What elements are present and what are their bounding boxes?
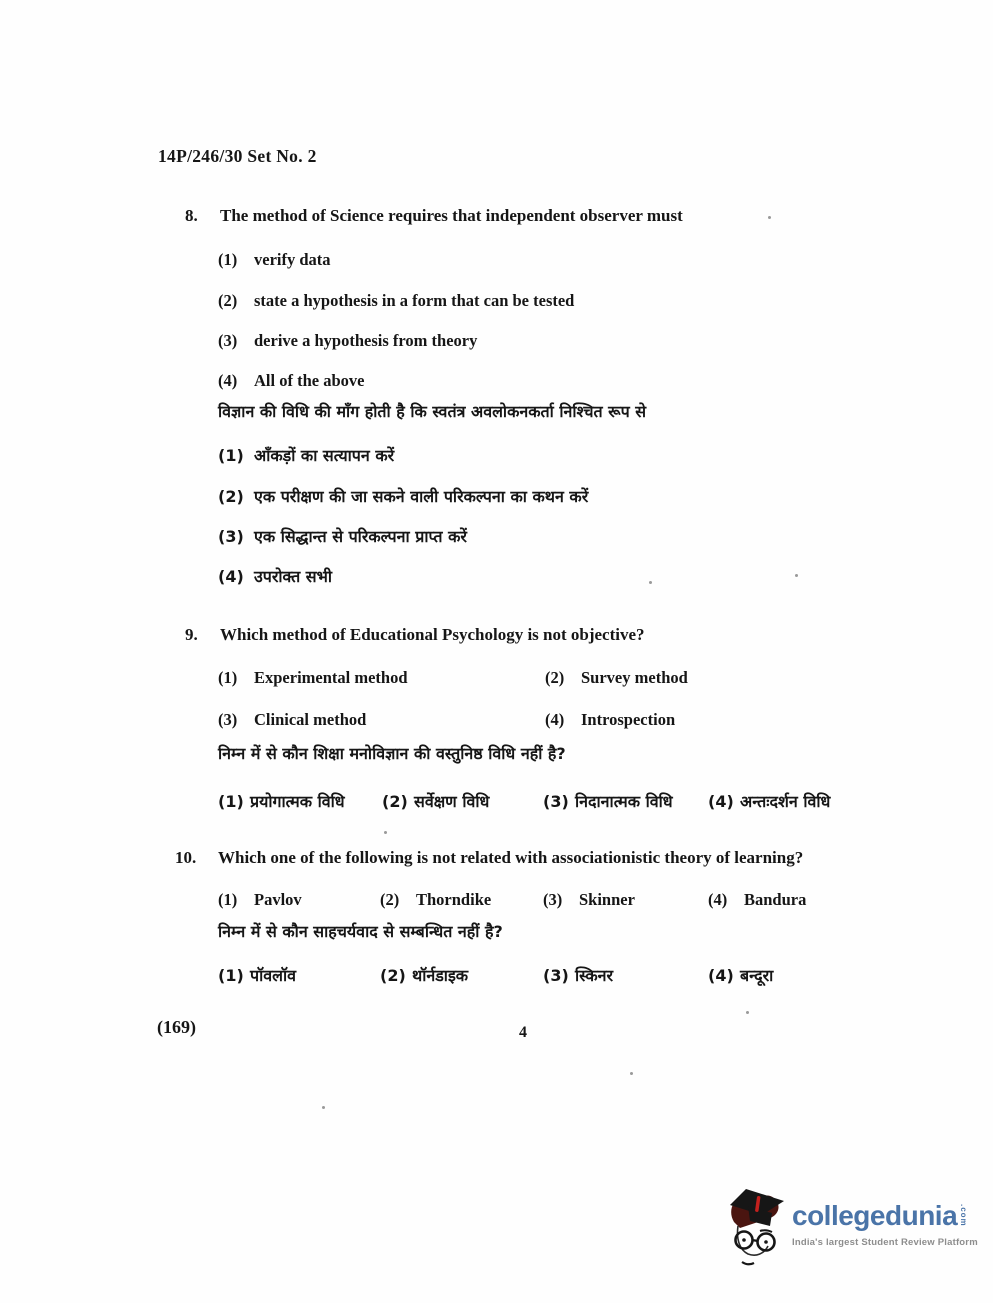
q10-option-1: (1)Pavlov bbox=[218, 890, 302, 910]
q8-option-1-hindi-text: आँकड़ों का सत्यापन करें bbox=[254, 446, 394, 465]
q8-option-3-text: derive a hypothesis from theory bbox=[254, 331, 477, 350]
q8-option-3-hindi-label: (3) bbox=[218, 527, 254, 546]
q8-option-4-label: (4) bbox=[218, 371, 254, 391]
q9-option-1-hindi: (1)प्रयोगात्मक विधि bbox=[218, 790, 345, 812]
q9-option-2: (2)Survey method bbox=[545, 668, 688, 688]
q8-option-2-text: state a hypothesis in a form that can be… bbox=[254, 291, 574, 310]
scan-speck bbox=[795, 574, 798, 577]
q10-option-1-hindi-text: पॉवलॉव bbox=[250, 966, 296, 985]
q9-option-2-hindi-label: (2) bbox=[382, 792, 414, 811]
booklet-code: (169) bbox=[157, 1017, 196, 1038]
question-10-text: Which one of the following is not relate… bbox=[218, 848, 803, 867]
q9-option-1-hindi-text: प्रयोगात्मक विधि bbox=[250, 792, 345, 811]
q9-option-3-text: Clinical method bbox=[254, 710, 366, 729]
question-9-text: Which method of Educational Psychology i… bbox=[220, 625, 645, 644]
question-9-text-hindi: निम्न में से कौन शिक्षा मनोविज्ञान की वस… bbox=[218, 742, 566, 764]
logo-tld: .com bbox=[959, 1204, 968, 1227]
q9-option-3: (3)Clinical method bbox=[218, 710, 366, 730]
q9-option-2-hindi-text: सर्वेक्षण विधि bbox=[414, 792, 489, 811]
q9-option-2-hindi: (2)सर्वेक्षण विधि bbox=[382, 790, 489, 812]
q8-option-1-label: (1) bbox=[218, 250, 254, 270]
q8-option-3-hindi-text: एक सिद्धान्त से परिकल्पना प्राप्त करें bbox=[254, 527, 467, 546]
page-number: 4 bbox=[519, 1024, 527, 1042]
q9-options-row-2: (3)Clinical method (4)Introspection bbox=[0, 710, 993, 732]
q10-option-3-hindi: (3)स्किनर bbox=[543, 964, 613, 986]
q8-option-4-hindi: (4)उपरोक्त सभी bbox=[218, 565, 332, 587]
q8-option-3-label: (3) bbox=[218, 331, 254, 351]
exam-paper-page: 14P/246/30 Set No. 2 8.The method of Sci… bbox=[0, 0, 993, 1303]
q8-option-1-text: verify data bbox=[254, 250, 331, 269]
scan-speck bbox=[630, 1072, 633, 1075]
q9-option-4: (4)Introspection bbox=[545, 710, 675, 730]
q8-option-2-hindi-label: (2) bbox=[218, 487, 254, 506]
q9-option-4-label: (4) bbox=[545, 710, 581, 730]
q8-option-4: (4)All of the above bbox=[218, 371, 364, 391]
question-8-number: 8. bbox=[185, 206, 220, 226]
q9-option-1-label: (1) bbox=[218, 668, 254, 688]
scan-speck bbox=[384, 831, 387, 834]
q10-option-4-text: Bandura bbox=[744, 890, 806, 909]
logo-brand: collegedunia bbox=[792, 1200, 957, 1231]
question-10: 10.Which one of the following is not rel… bbox=[175, 848, 803, 868]
q9-option-4-hindi-label: (4) bbox=[708, 792, 740, 811]
q10-option-3-text: Skinner bbox=[579, 890, 635, 909]
q8-option-2-label: (2) bbox=[218, 291, 254, 311]
q9-option-4-hindi: (4)अन्तःदर्शन विधि bbox=[708, 790, 830, 812]
question-8: 8.The method of Science requires that in… bbox=[185, 206, 683, 226]
q9-option-3-label: (3) bbox=[218, 710, 254, 730]
scan-speck bbox=[768, 216, 771, 219]
q10-option-2-hindi-label: (2) bbox=[380, 966, 412, 985]
scan-speck bbox=[746, 1011, 749, 1014]
q10-option-3: (3)Skinner bbox=[543, 890, 635, 910]
q10-option-3-hindi-label: (3) bbox=[543, 966, 575, 985]
q10-option-4-hindi-label: (4) bbox=[708, 966, 740, 985]
q8-option-4-text: All of the above bbox=[254, 371, 364, 390]
collegedunia-logo: collegedunia.com India's largest Student… bbox=[726, 1186, 986, 1278]
q8-option-1: (1)verify data bbox=[218, 250, 331, 270]
q10-option-2: (2)Thorndike bbox=[380, 890, 491, 910]
graduate-student-mascot-icon bbox=[726, 1188, 788, 1272]
q10-option-1-label: (1) bbox=[218, 890, 254, 910]
q9-options-row-1: (1)Experimental method (2)Survey method bbox=[0, 668, 993, 690]
q10-option-4-hindi-text: बन्दूरा bbox=[740, 966, 773, 985]
q8-option-2-hindi-text: एक परीक्षण की जा सकने वाली परिकल्पना का … bbox=[254, 487, 588, 506]
q8-option-3: (3)derive a hypothesis from theory bbox=[218, 331, 477, 351]
q8-option-1-hindi-label: (1) bbox=[218, 446, 254, 465]
q9-option-3-hindi-label: (3) bbox=[543, 792, 575, 811]
q10-option-2-hindi-text: थॉर्नडाइक bbox=[412, 966, 468, 985]
scan-speck bbox=[322, 1106, 325, 1109]
q10-option-4-label: (4) bbox=[708, 890, 744, 910]
q8-option-4-hindi-text: उपरोक्त सभी bbox=[254, 567, 332, 586]
q9-option-2-text: Survey method bbox=[581, 668, 688, 687]
question-10-text-hindi: निम्न में से कौन साहचर्यवाद से सम्बन्धित… bbox=[218, 920, 503, 942]
q10-option-4: (4)Bandura bbox=[708, 890, 806, 910]
q9-option-1: (1)Experimental method bbox=[218, 668, 408, 688]
question-10-number: 10. bbox=[175, 848, 218, 868]
q9-option-1-text: Experimental method bbox=[254, 668, 408, 687]
question-9-number: 9. bbox=[185, 625, 220, 645]
q8-option-3-hindi: (3)एक सिद्धान्त से परिकल्पना प्राप्त करे… bbox=[218, 525, 467, 547]
q10-option-4-hindi: (4)बन्दूरा bbox=[708, 964, 773, 986]
q9-option-4-hindi-text: अन्तःदर्शन विधि bbox=[740, 792, 830, 811]
q9-option-1-hindi-label: (1) bbox=[218, 792, 250, 811]
q10-option-2-label: (2) bbox=[380, 890, 416, 910]
q8-option-1-hindi: (1)आँकड़ों का सत्यापन करें bbox=[218, 444, 394, 466]
q10-option-1-text: Pavlov bbox=[254, 890, 302, 909]
scan-speck bbox=[649, 581, 652, 584]
paper-set-code: 14P/246/30 Set No. 2 bbox=[158, 146, 317, 167]
question-8-text-hindi: विज्ञान की विधि की माँग होती है कि स्वतं… bbox=[218, 400, 646, 422]
q8-option-2: (2)state a hypothesis in a form that can… bbox=[218, 291, 574, 311]
q9-option-3-hindi-text: निदानात्मक विधि bbox=[575, 792, 673, 811]
q9-option-2-label: (2) bbox=[545, 668, 581, 688]
question-8-text: The method of Science requires that inde… bbox=[220, 206, 683, 225]
q10-option-2-text: Thorndike bbox=[416, 890, 491, 909]
q10-option-3-hindi-text: स्किनर bbox=[575, 966, 613, 985]
q10-option-2-hindi: (2)थॉर्नडाइक bbox=[380, 964, 468, 986]
q10-options-row: (1)Pavlov (2)Thorndike (3)Skinner (4)Ban… bbox=[0, 890, 993, 912]
q9-options-hindi-row: (1)प्रयोगात्मक विधि (2)सर्वेक्षण विधि (3… bbox=[0, 790, 993, 812]
q8-option-2-hindi: (2)एक परीक्षण की जा सकने वाली परिकल्पना … bbox=[218, 485, 588, 507]
q10-options-hindi-row: (1)पॉवलॉव (2)थॉर्नडाइक (3)स्किनर (4)बन्द… bbox=[0, 964, 993, 986]
q10-option-3-label: (3) bbox=[543, 890, 579, 910]
q9-option-4-text: Introspection bbox=[581, 710, 675, 729]
logo-text-block: collegedunia.com India's largest Student… bbox=[792, 1202, 978, 1248]
q10-option-1-hindi-label: (1) bbox=[218, 966, 250, 985]
q10-option-1-hindi: (1)पॉवलॉव bbox=[218, 964, 296, 986]
q8-option-4-hindi-label: (4) bbox=[218, 567, 254, 586]
q9-option-3-hindi: (3)निदानात्मक विधि bbox=[543, 790, 673, 812]
logo-tagline: India's largest Student Review Platform bbox=[792, 1237, 978, 1248]
question-9: 9.Which method of Educational Psychology… bbox=[185, 625, 645, 645]
